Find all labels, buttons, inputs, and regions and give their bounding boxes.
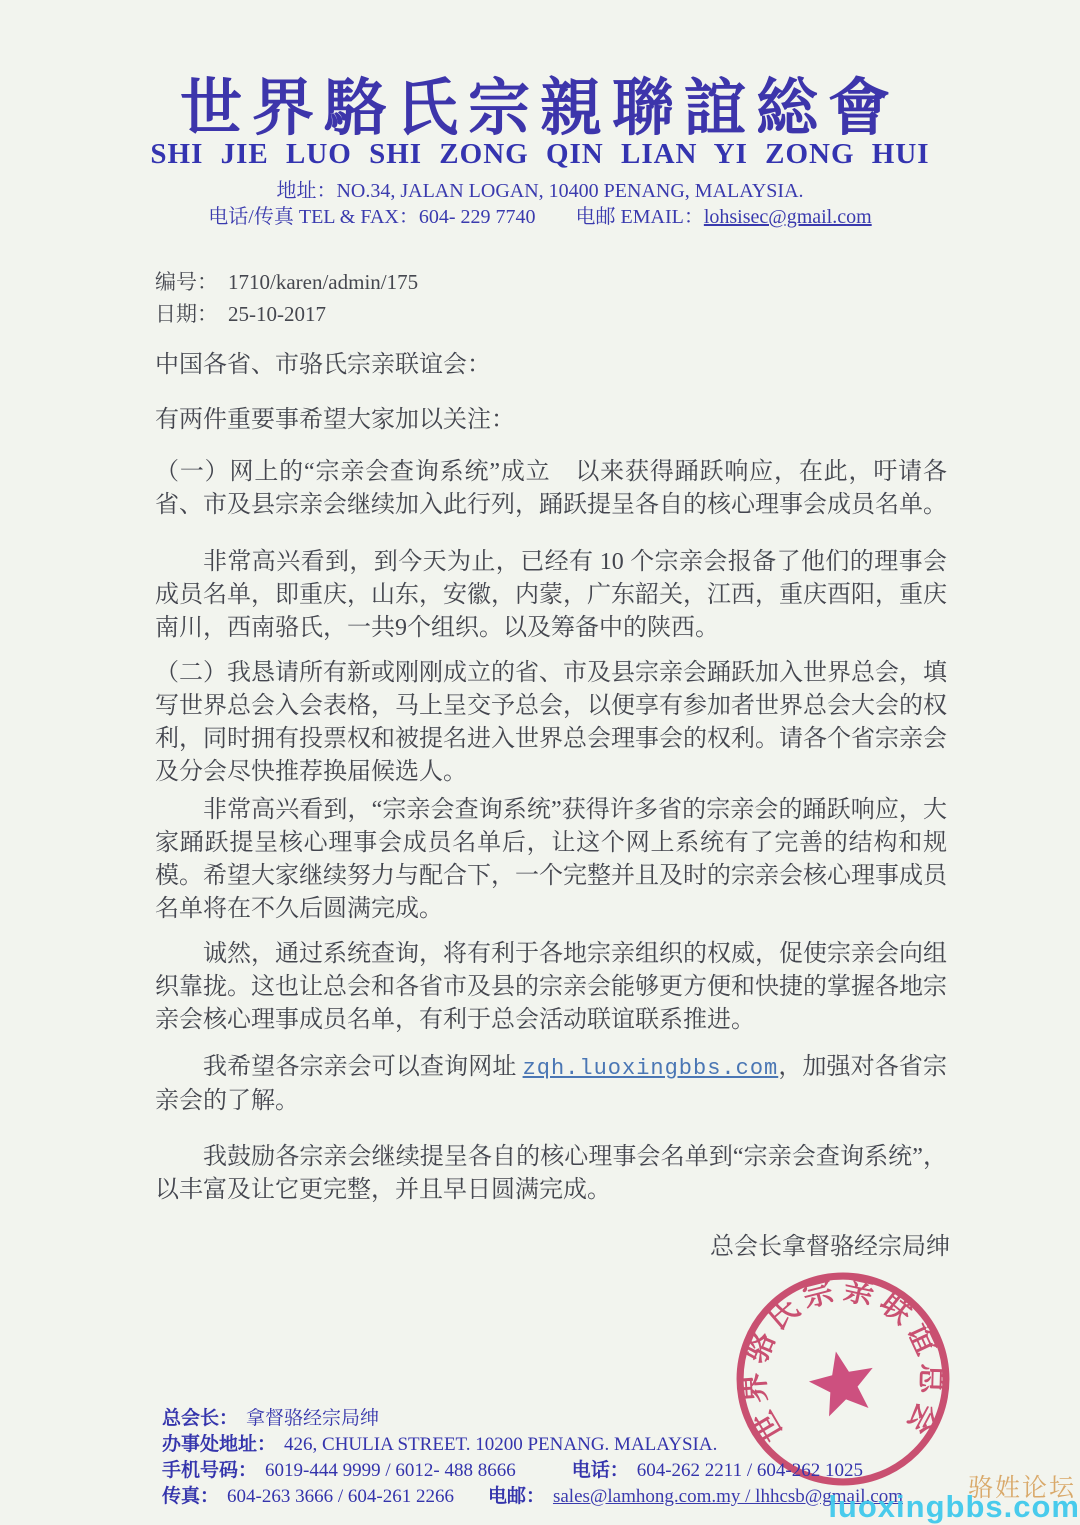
president-label: 总会长： [162, 1408, 238, 1429]
letterhead-title-english: SHI JIE LUO SHI ZONG QIN LIAN YI ZONG HU… [0, 138, 1080, 171]
footer-email-label: 电邮： [488, 1486, 545, 1507]
signature-line: 总会长拿督骆经宗局绅 [155, 1226, 950, 1261]
email-label: 电邮 EMAIL： [576, 206, 704, 228]
letterhead-email-link[interactable]: lohsisec@gmail.com [704, 206, 872, 228]
fax-label: 传真： [162, 1486, 219, 1507]
letterhead-title-chinese: 世界駱氏宗親聯誼総會 [0, 58, 1080, 147]
letterhead-address-line: 地址：NO.34, JALAN LOGAN, 10400 PENANG, MAL… [0, 174, 1080, 203]
query-system-link[interactable]: zqh.luoxingbbs.com [523, 1056, 779, 1081]
intro-line: 有两件重要事希望大家加以关注： [155, 404, 947, 437]
date-label: 日期： [155, 302, 218, 326]
office-label: 办事处地址： [162, 1434, 276, 1455]
watermark-site-url: luoxingbbs.com [828, 1489, 1080, 1525]
letter-page: 世界駱氏宗親聯誼総會 SHI JIE LUO SHI ZONG QIN LIAN… [0, 0, 1080, 1525]
paragraph-system-benefit: 诚然，通过系统查询，将有利于各地宗亲组织的权威，促使宗亲会向组织靠拢。这也让总会… [155, 938, 947, 1037]
office-address: 426, CHULIA STREET. 10200 PENANG. MALAYS… [284, 1434, 717, 1455]
footer-phone-row: 手机号码：6019-444 9999 / 6012- 488 8666电话：60… [162, 1458, 982, 1484]
paragraph-progress: 非常高兴看到，到今天为止，已经有 10 个宗亲会报备了他们的理事会成员名单，即重… [155, 546, 947, 645]
paragraph-website: 我希望各宗亲会可以查询网址 zqh.luoxingbbs.com，加强对各省宗亲… [155, 1051, 947, 1118]
telfax-label: 电话/传真 TEL & FAX： [208, 206, 419, 228]
letterhead-contact-line: 电话/传真 TEL & FAX：604- 229 7740电邮 EMAIL：lo… [0, 200, 1080, 229]
phone-label: 电话： [572, 1460, 629, 1481]
fax-numbers: 604-263 3666 / 604-261 2266 [227, 1486, 454, 1507]
date-line: 日期：25-10-2017 [155, 298, 326, 328]
president-name: 拿督骆经宗局绅 [246, 1408, 379, 1429]
address-value: NO.34, JALAN LOGAN, 10400 PENANG, MALAYS… [336, 180, 803, 202]
reference-line: 编号：1710/karen/admin/175 [155, 266, 418, 296]
mobile-numbers: 6019-444 9999 / 6012- 488 8666 [265, 1460, 516, 1481]
telfax-value: 604- 229 7740 [419, 206, 536, 228]
salutation: 中国各省、市骆氏宗亲联谊会： [155, 349, 947, 382]
paragraph-encourage: 我鼓励各宗亲会继续提呈各自的核心理事会名单到“宗亲会查询系统”，以丰富及让它更完… [155, 1141, 947, 1207]
phone-numbers: 604-262 2211 / 604-262 1025 [637, 1460, 863, 1481]
paragraph-item-1: （一）网上的“宗亲会查询系统”成立 以来获得踊跃响应，在此，吁请各省、市及县宗亲… [155, 456, 947, 522]
footer-president-row: 总会长：拿督骆经宗局绅 [162, 1406, 982, 1432]
paragraph-system-response: 非常高兴看到，“宗亲会查询系统”获得许多省的宗亲会的踊跃响应，大家踊跃提呈核心理… [155, 794, 947, 926]
address-label: 地址： [276, 180, 336, 202]
date-value: 25-10-2017 [228, 302, 326, 326]
mobile-label: 手机号码： [162, 1460, 257, 1481]
website-text-before: 我希望各宗亲会可以查询网址 [203, 1054, 523, 1080]
reference-number: 1710/karen/admin/175 [228, 270, 418, 294]
reference-label: 编号： [155, 270, 218, 294]
paragraph-item-2: （二）我恳请所有新或刚刚成立的省、市及县宗亲会踊跃加入世界总会，填写世界总会入会… [155, 657, 947, 789]
footer-office-row: 办事处地址：426, CHULIA STREET. 10200 PENANG. … [162, 1432, 982, 1458]
